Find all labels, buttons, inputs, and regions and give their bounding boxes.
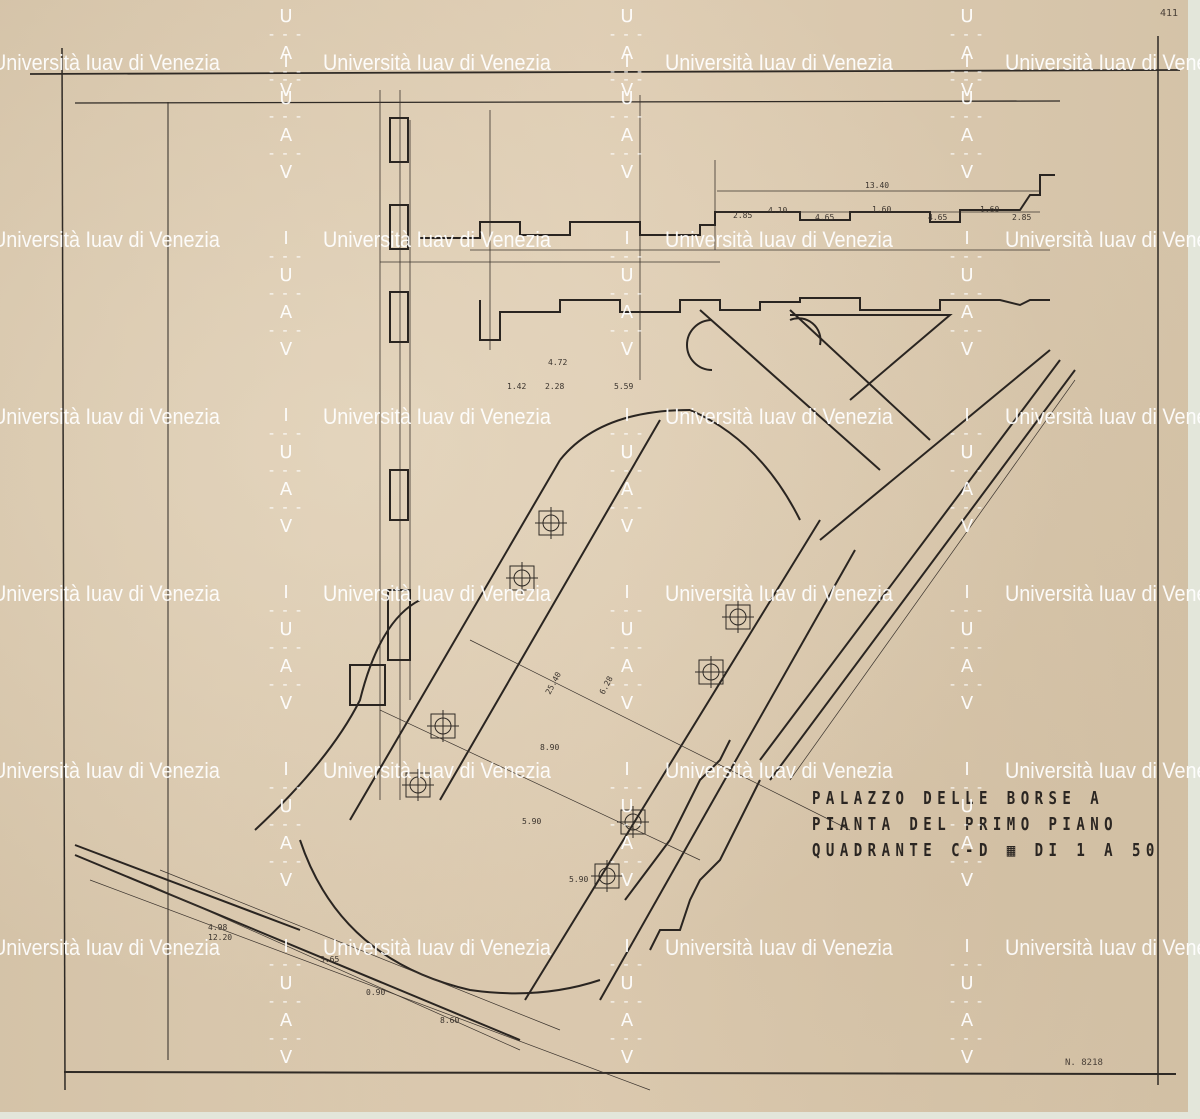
watermark-label: Università Iuav di Venezia: [1005, 50, 1200, 76]
watermark-letter: I: [947, 406, 987, 425]
watermark-label: Università Iuav di Venezia: [1005, 404, 1200, 430]
watermark-separator: - - -: [947, 853, 987, 871]
watermark-letter: U: [266, 620, 306, 639]
watermark-label: Università Iuav di Venezia: [0, 581, 220, 607]
svg-text:8.60: 8.60: [440, 1016, 459, 1025]
watermark-text: Università Iuav di Venezia: [1005, 581, 1200, 607]
watermark-letter: U: [607, 620, 647, 639]
watermark-label: Università Iuav di Venezia: [0, 227, 220, 253]
watermark-letter: A: [266, 480, 306, 499]
watermark-text: Università Iuav di Venezia: [665, 227, 918, 253]
watermark-separator: - - -: [947, 248, 987, 266]
svg-text:1.60: 1.60: [980, 205, 999, 214]
watermark-letter: I: [266, 760, 306, 779]
watermark-separator: - - -: [947, 71, 987, 89]
watermark-letter: U: [947, 620, 987, 639]
svg-text:1.60: 1.60: [872, 205, 891, 214]
title-line-3: QUADRANTE C-D ▦ DI 1 A 50: [812, 838, 1046, 864]
watermark-label: Università Iuav di Venezia: [665, 404, 893, 430]
watermark-letter: U: [607, 89, 647, 108]
watermark-letter: V: [947, 694, 987, 713]
svg-text:4.10: 4.10: [768, 206, 787, 215]
watermark-separator: - - -: [266, 285, 306, 303]
watermark-separator: - - -: [607, 71, 647, 89]
watermark-separator: - - -: [607, 425, 647, 443]
watermark-text: Università Iuav di Venezia: [1005, 50, 1200, 76]
watermark-separator: - - -: [947, 816, 987, 834]
watermark-label: Università Iuav di Venezia: [323, 404, 551, 430]
svg-text:2.85: 2.85: [733, 211, 752, 220]
watermark-separator: - - -: [266, 248, 306, 266]
watermark-separator: - - -: [266, 956, 306, 974]
watermark-letter: I: [607, 52, 647, 71]
watermark-label: Università Iuav di Venezia: [0, 758, 220, 784]
watermark-separator: - - -: [947, 462, 987, 480]
title-line-2: PIANTA DEL PRIMO PIANO: [812, 812, 1046, 838]
watermark-letter: U: [947, 974, 987, 993]
watermark-label: Università Iuav di Venezia: [323, 227, 551, 253]
watermark-separator: - - -: [607, 816, 647, 834]
watermark-separator: - - -: [947, 676, 987, 694]
svg-text:0.90: 0.90: [366, 988, 385, 997]
watermark-letter: V: [947, 517, 987, 536]
svg-text:2.85: 2.85: [1012, 213, 1031, 222]
watermark-separator: - - -: [266, 676, 306, 694]
title-block: PALAZZO DELLE BORSE A PIANTA DEL PRIMO P…: [812, 786, 1046, 864]
watermark-text: Università Iuav di Venezia: [0, 50, 245, 76]
watermark-separator: - - -: [266, 499, 306, 517]
watermark-text: Università Iuav di Venezia: [665, 581, 918, 607]
watermark-text: Università Iuav di Venezia: [1005, 227, 1200, 253]
watermark-iuav-column: I- - -U- - -A- - -V: [947, 937, 987, 1067]
watermark-iuav-column: I- - -U- - -A- - -V: [266, 937, 306, 1067]
watermark-letter: A: [947, 480, 987, 499]
watermark-letter: V: [947, 871, 987, 890]
svg-text:5.90: 5.90: [522, 817, 541, 826]
watermark-text: Università Iuav di Venezia: [323, 758, 576, 784]
watermark-letter: U: [607, 974, 647, 993]
watermark-iuav-column: I- - -U- - -A- - -V: [266, 52, 306, 182]
watermark-separator: - - -: [947, 956, 987, 974]
svg-text:5.59: 5.59: [614, 382, 633, 391]
watermark-letter: A: [607, 303, 647, 322]
watermark-separator: - - -: [266, 1030, 306, 1048]
watermark-letter: V: [947, 1048, 987, 1067]
watermark-iuav-column: I- - -U- - -A- - -V: [607, 52, 647, 182]
watermark-separator: - - -: [947, 425, 987, 443]
watermark-separator: - - -: [607, 462, 647, 480]
watermark-text: Università Iuav di Venezia: [323, 50, 576, 76]
watermark-separator: - - -: [607, 853, 647, 871]
watermark-letter: A: [607, 126, 647, 145]
watermark-label: Università Iuav di Venezia: [665, 227, 893, 253]
watermark-label: Università Iuav di Venezia: [323, 581, 551, 607]
watermark-letter: V: [607, 871, 647, 890]
watermark-letter: V: [266, 340, 306, 359]
watermark-separator: - - -: [266, 853, 306, 871]
watermark-letter: I: [607, 760, 647, 779]
watermark-letter: U: [266, 974, 306, 993]
watermark-letter: A: [607, 480, 647, 499]
watermark-letter: V: [947, 340, 987, 359]
watermark-separator: - - -: [607, 145, 647, 163]
watermark-separator: - - -: [266, 779, 306, 797]
watermark-iuav-column: I- - -U- - -A- - -V: [607, 760, 647, 890]
watermark-letter: I: [266, 583, 306, 602]
watermark-letter: I: [266, 229, 306, 248]
watermark-label: Università Iuav di Venezia: [0, 935, 220, 961]
watermark-iuav-column: I- - -U- - -A- - -V: [947, 406, 987, 536]
watermark-separator: - - -: [266, 462, 306, 480]
watermark-letter: I: [947, 937, 987, 956]
svg-text:4.65: 4.65: [815, 213, 834, 222]
watermark-letter: I: [607, 583, 647, 602]
watermark-letter: I: [607, 406, 647, 425]
watermark-letter: A: [266, 657, 306, 676]
watermark-letter: A: [947, 1011, 987, 1030]
svg-text:8.90: 8.90: [540, 743, 559, 752]
watermark-letter: U: [947, 443, 987, 462]
watermark-separator: - - -: [607, 676, 647, 694]
watermark-letter: A: [607, 657, 647, 676]
watermark-separator: - - -: [266, 71, 306, 89]
watermark-separator: - - -: [607, 1030, 647, 1048]
watermark-separator: - - -: [947, 26, 987, 44]
watermark-text: Università Iuav di Venezia: [0, 227, 245, 253]
watermark-separator: - - -: [607, 108, 647, 126]
watermark-iuav-column: I- - -U- - -A- - -V: [607, 583, 647, 713]
watermark-text: Università Iuav di Venezia: [0, 935, 245, 961]
svg-text:4.72: 4.72: [548, 358, 567, 367]
watermark-text: Università Iuav di Venezia: [1005, 404, 1200, 430]
watermark-label: Università Iuav di Venezia: [323, 50, 551, 76]
title-line-1: PALAZZO DELLE BORSE A: [812, 786, 1046, 812]
watermark-letter: A: [947, 303, 987, 322]
watermark-separator: - - -: [266, 639, 306, 657]
watermark-text: Università Iuav di Venezia: [0, 581, 245, 607]
watermark-iuav-column: I- - -U- - -A- - -V: [947, 229, 987, 359]
watermark-separator: - - -: [607, 499, 647, 517]
watermark-letter: U: [266, 266, 306, 285]
svg-text:1.42: 1.42: [507, 382, 526, 391]
watermark-iuav-column: I- - -U- - -A- - -V: [266, 229, 306, 359]
watermark-label: Università Iuav di Venezia: [323, 758, 551, 784]
svg-text:4.98: 4.98: [208, 923, 227, 932]
watermark-letter: I: [266, 406, 306, 425]
watermark-separator: - - -: [607, 248, 647, 266]
watermark-label: Università Iuav di Venezia: [665, 935, 893, 961]
watermark-text: Università Iuav di Venezia: [665, 50, 918, 76]
watermark-label: Università Iuav di Venezia: [1005, 935, 1200, 961]
svg-text:25.40: 25.40: [544, 670, 563, 696]
watermark-letter: I: [947, 229, 987, 248]
watermark-text: Università Iuav di Venezia: [1005, 935, 1200, 961]
watermark-letter: A: [607, 1011, 647, 1030]
watermark-text: Università Iuav di Venezia: [665, 758, 918, 784]
watermark-letter: I: [266, 937, 306, 956]
watermark-letter: U: [266, 443, 306, 462]
watermark-text: Università Iuav di Venezia: [1005, 758, 1200, 784]
watermark-letter: U: [947, 7, 987, 26]
watermark-letter: A: [947, 126, 987, 145]
watermark-letter: A: [607, 834, 647, 853]
watermark-letter: V: [266, 1048, 306, 1067]
watermark-separator: - - -: [266, 602, 306, 620]
watermark-letter: U: [266, 7, 306, 26]
watermark-separator: - - -: [607, 639, 647, 657]
watermark-separator: - - -: [607, 322, 647, 340]
watermark-separator: - - -: [947, 602, 987, 620]
watermark-letter: V: [266, 871, 306, 890]
watermark-label: Università Iuav di Venezia: [665, 50, 893, 76]
watermark-separator: - - -: [266, 425, 306, 443]
watermark-letter: V: [607, 1048, 647, 1067]
watermark-letter: V: [266, 694, 306, 713]
watermark-letter: U: [607, 266, 647, 285]
watermark-letter: V: [947, 163, 987, 182]
watermark-letter: A: [266, 1011, 306, 1030]
watermark-separator: - - -: [266, 816, 306, 834]
watermark-separator: - - -: [266, 145, 306, 163]
watermark-separator: - - -: [947, 499, 987, 517]
watermark-text: Università Iuav di Venezia: [0, 758, 245, 784]
inventory-number: N. 8218: [1065, 1058, 1103, 1068]
watermark-letter: I: [947, 583, 987, 602]
watermark-letter: U: [607, 797, 647, 816]
watermark-separator: - - -: [266, 993, 306, 1011]
watermark-separator: - - -: [607, 602, 647, 620]
watermark-separator: - - -: [607, 993, 647, 1011]
watermark-letter: U: [607, 7, 647, 26]
watermark-letter: U: [266, 89, 306, 108]
watermark-separator: - - -: [266, 26, 306, 44]
watermark-label: Università Iuav di Venezia: [0, 404, 220, 430]
watermark-label: Università Iuav di Venezia: [1005, 227, 1200, 253]
watermark-letter: U: [266, 797, 306, 816]
watermark-iuav-column: I- - -U- - -A- - -V: [266, 583, 306, 713]
watermark-label: Università Iuav di Venezia: [1005, 758, 1200, 784]
watermark-letter: V: [607, 163, 647, 182]
watermark-text: Università Iuav di Venezia: [665, 404, 918, 430]
watermark-text: Università Iuav di Venezia: [323, 404, 576, 430]
watermark-letter: V: [266, 163, 306, 182]
watermark-separator: - - -: [607, 956, 647, 974]
watermark-separator: - - -: [607, 285, 647, 303]
watermark-label: Università Iuav di Venezia: [1005, 581, 1200, 607]
watermark-letter: V: [607, 517, 647, 536]
watermark-separator: - - -: [266, 108, 306, 126]
watermark-letter: A: [947, 834, 987, 853]
corner-mark: 411: [1160, 8, 1178, 19]
watermark-letter: I: [266, 52, 306, 71]
watermark-separator: - - -: [266, 322, 306, 340]
watermark-iuav-column: I- - -U- - -A- - -V: [607, 937, 647, 1067]
watermark-letter: I: [947, 52, 987, 71]
svg-text:5.90: 5.90: [569, 875, 588, 884]
watermark-label: Università Iuav di Venezia: [0, 50, 220, 76]
watermark-iuav-column: I- - -U- - -A- - -V: [266, 760, 306, 890]
watermark-separator: - - -: [947, 779, 987, 797]
watermark-label: Università Iuav di Venezia: [665, 758, 893, 784]
watermark-text: Università Iuav di Venezia: [0, 404, 245, 430]
watermark-letter: A: [947, 657, 987, 676]
watermark-letter: I: [947, 760, 987, 779]
watermark-letter: A: [266, 303, 306, 322]
watermark-text: Università Iuav di Venezia: [323, 581, 576, 607]
watermark-separator: - - -: [947, 1030, 987, 1048]
watermark-separator: - - -: [947, 322, 987, 340]
watermark-iuav-column: I- - -U- - -A- - -V: [947, 760, 987, 890]
watermark-separator: - - -: [947, 145, 987, 163]
watermark-separator: - - -: [947, 993, 987, 1011]
watermark-iuav-column: I- - -U- - -A- - -V: [607, 229, 647, 359]
watermark-label: Università Iuav di Venezia: [323, 935, 551, 961]
svg-text:4.65: 4.65: [928, 213, 947, 222]
watermark-letter: I: [607, 937, 647, 956]
watermark-separator: - - -: [947, 108, 987, 126]
watermark-letter: A: [266, 126, 306, 145]
watermark-letter: U: [947, 89, 987, 108]
watermark-iuav-column: I- - -U- - -A- - -V: [947, 583, 987, 713]
watermark-separator: - - -: [607, 26, 647, 44]
watermark-separator: - - -: [607, 779, 647, 797]
dim-13-40: 13.40: [865, 181, 889, 190]
watermark-text: Università Iuav di Venezia: [323, 935, 576, 961]
watermark-letter: V: [607, 340, 647, 359]
watermark-label: Università Iuav di Venezia: [665, 581, 893, 607]
watermark-iuav-column: I- - -U- - -A- - -V: [947, 52, 987, 182]
watermark-iuav-column: I- - -U- - -A- - -V: [266, 406, 306, 536]
watermark-letter: U: [947, 797, 987, 816]
watermark-letter: U: [607, 443, 647, 462]
watermark-text: Università Iuav di Venezia: [323, 227, 576, 253]
watermark-letter: I: [607, 229, 647, 248]
watermark-letter: V: [266, 517, 306, 536]
watermark-iuav-column: I- - -U- - -A- - -V: [607, 406, 647, 536]
watermark-letter: A: [266, 834, 306, 853]
watermark-separator: - - -: [947, 639, 987, 657]
watermark-text: Università Iuav di Venezia: [665, 935, 918, 961]
watermark-separator: - - -: [947, 285, 987, 303]
watermark-letter: U: [947, 266, 987, 285]
svg-text:2.28: 2.28: [545, 382, 564, 391]
watermark-letter: V: [607, 694, 647, 713]
